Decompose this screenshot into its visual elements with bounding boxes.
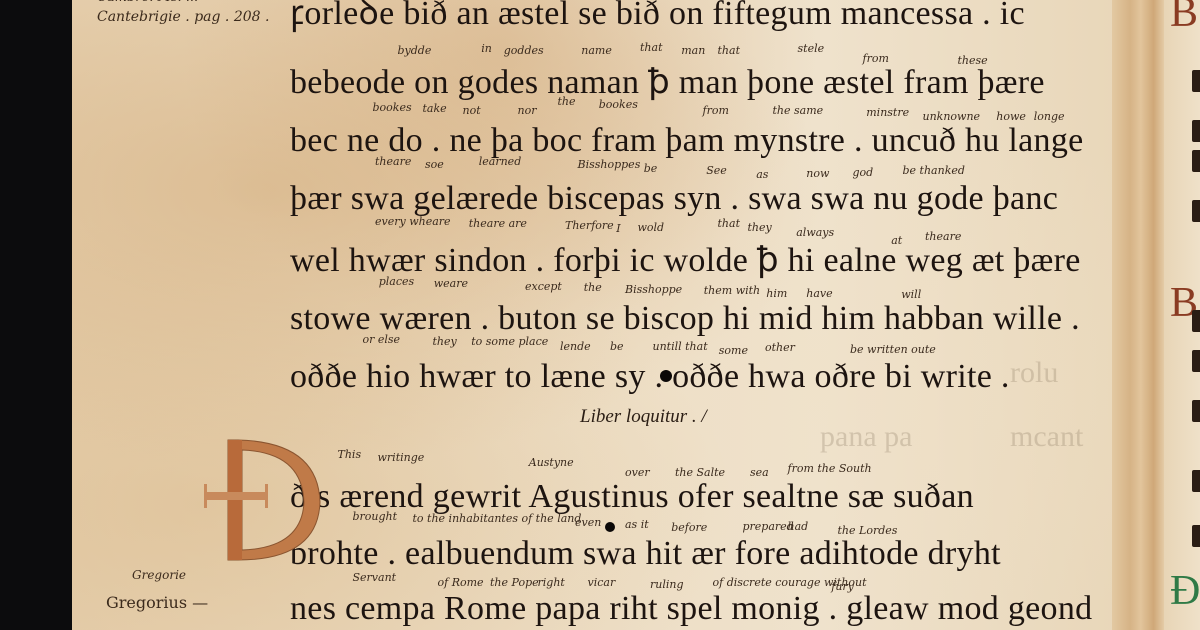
rubric-liber-loquitur: Liber loquitur . / [580, 406, 707, 428]
gloss-word: theare [375, 155, 411, 168]
letter-stub [1192, 470, 1200, 492]
gloss-word: the Lordes [838, 524, 898, 537]
gloss-word: not [463, 104, 481, 117]
gloss-word: untill that [653, 340, 708, 353]
gloss-word: brought [353, 510, 398, 523]
gloss-word: they [748, 221, 772, 234]
gloss-word: at [891, 234, 902, 247]
gloss-word: them with [704, 284, 760, 297]
gloss-word: longe [1034, 110, 1065, 123]
gloss-word: be [610, 340, 624, 353]
gloss-word: bydde [398, 44, 432, 57]
gloss-word: unknowne [923, 110, 981, 123]
gloss-word: even [575, 516, 601, 529]
gloss-word: that [718, 44, 740, 57]
letter-stub [1192, 200, 1200, 222]
decorated-initial-eth [198, 432, 328, 567]
gloss-word: be thanked [903, 164, 965, 177]
gloss-word: that [640, 41, 662, 54]
gloss-word: god [853, 166, 874, 179]
show-through-text: pana pa [820, 420, 912, 454]
gloss-word: be written oute [850, 343, 936, 356]
facing-page-edge: B B Ð [1164, 0, 1200, 630]
gloss-word: learned [479, 155, 521, 168]
manuscript-line: þær swa gelærede biscepas syn . swa swa … [290, 180, 1058, 218]
letter-stub [1192, 150, 1200, 172]
letter-stub [1192, 70, 1200, 92]
letter-stub [1192, 350, 1200, 372]
gloss-word: Servant [353, 571, 397, 584]
gloss-word: sea [750, 466, 769, 479]
show-through-text: mcant [1010, 420, 1083, 454]
gloss-word: to some place [471, 335, 548, 348]
margin-note-shelfmark: Cambre. Ms. ... [97, 0, 198, 5]
gloss-word: ruling [650, 578, 684, 591]
facing-initial-bottom: Ð [1170, 570, 1200, 612]
gloss-word: every wheare [375, 215, 451, 228]
gloss-word: have [806, 287, 832, 300]
dark-background-edge [0, 0, 72, 630]
gloss-word: take [423, 102, 447, 115]
gloss-word: Austyne [529, 456, 574, 469]
gloss-word: as it [625, 518, 649, 531]
gloss-word: will [901, 288, 921, 301]
gloss-word: except [525, 280, 562, 293]
manuscript-line: stowe wæren . buton se biscop hi mid him… [290, 300, 1080, 338]
margin-note-gregorius: Gregorius — [106, 593, 208, 612]
manuscript-line: brohte . ealbuendum swa hit ær fore adih… [290, 535, 1001, 573]
page-gutter [1112, 0, 1164, 630]
manuscript-line: oððe hio hwær to læne sy . oððe hwa oðre… [290, 358, 1010, 396]
ink-blot [660, 370, 672, 382]
manuscript-line: nes cempa Rome papa riht spel monig . gl… [290, 590, 1092, 628]
gloss-word: bookes [373, 101, 412, 114]
gloss-word: to the inhabitantes of the land [413, 512, 582, 525]
gloss-word: the same [773, 104, 824, 117]
ink-blot [605, 522, 615, 532]
gloss-word: prepared [743, 520, 794, 533]
gloss-word: or else [363, 333, 401, 346]
gloss-word: soe [425, 158, 444, 171]
gloss-word: I [616, 222, 620, 235]
gloss-word: some [719, 344, 748, 357]
gloss-word: these [958, 54, 988, 67]
gloss-word: the [584, 281, 602, 294]
gloss-word: Bisshoppes [578, 158, 641, 171]
gloss-word: fury [831, 580, 854, 593]
gloss-word: the [558, 95, 576, 108]
gloss-word: howe [996, 110, 1026, 123]
margin-note-page-reference: Cantebrigie . pag . 208 . [97, 9, 269, 25]
facing-initial-top: B [1170, 0, 1198, 34]
gloss-word: places [379, 275, 414, 288]
gloss-word: name [581, 44, 612, 57]
gloss-word: over [625, 466, 650, 479]
gloss-word: now [806, 167, 829, 180]
gloss-word: in [481, 42, 492, 55]
manuscript-line: bebeode on godes naman ꝥ man þone æstel … [290, 62, 1045, 102]
gloss-word: Therfore [565, 219, 614, 232]
gloss-word: as [756, 168, 768, 181]
margin-gloss-gregorie: Gregorie [132, 568, 186, 582]
gloss-word: theare [925, 230, 961, 243]
gloss-word: nor [518, 104, 537, 117]
letter-stub [1192, 310, 1200, 332]
gloss-word: minstre [866, 106, 909, 119]
gloss-word: had [788, 520, 809, 533]
gloss-word: wold [638, 221, 665, 234]
gloss-word: always [796, 226, 834, 239]
gloss-word: the Pope [490, 576, 539, 589]
gloss-word: writinge [378, 451, 425, 464]
letter-stub [1192, 400, 1200, 422]
gloss-word: of Rome [438, 576, 484, 589]
letter-stub [1192, 525, 1200, 547]
letter-stub [1192, 120, 1200, 142]
gloss-word: theare are [469, 217, 527, 230]
initial-eth-icon [198, 432, 328, 567]
gloss-word: they [433, 335, 457, 348]
gloss-word: stele [798, 42, 825, 55]
gloss-word: before [671, 521, 707, 534]
gloss-word: man [681, 44, 705, 57]
gloss-word: the Salte [675, 466, 725, 479]
gloss-word: See [706, 164, 727, 177]
gloss-word: right [538, 576, 565, 589]
gloss-word: other [765, 341, 795, 354]
manuscript-line: ꝼorleꝺe bið an æstel se bið on fiftegum … [290, 0, 1025, 34]
gloss-word: bookes [599, 98, 638, 111]
gloss-word: vicar [588, 576, 616, 589]
gloss-word: from [703, 104, 729, 117]
gloss-word: be [644, 162, 658, 175]
gloss-word: Bisshoppe [625, 283, 682, 296]
gloss-word: from [863, 52, 889, 65]
gloss-word: This [338, 448, 362, 461]
gloss-word: weare [434, 277, 468, 290]
show-through-text: rolu [1010, 356, 1058, 390]
gloss-word: that [718, 217, 740, 230]
gloss-word: lende [560, 340, 591, 353]
gloss-word: goddes [504, 44, 544, 57]
gloss-word: from the South [788, 462, 872, 475]
gloss-word: him [766, 287, 787, 300]
manuscript-line: wel hwær sindon . forþi ic wolde ꝥ hi ea… [290, 240, 1081, 280]
